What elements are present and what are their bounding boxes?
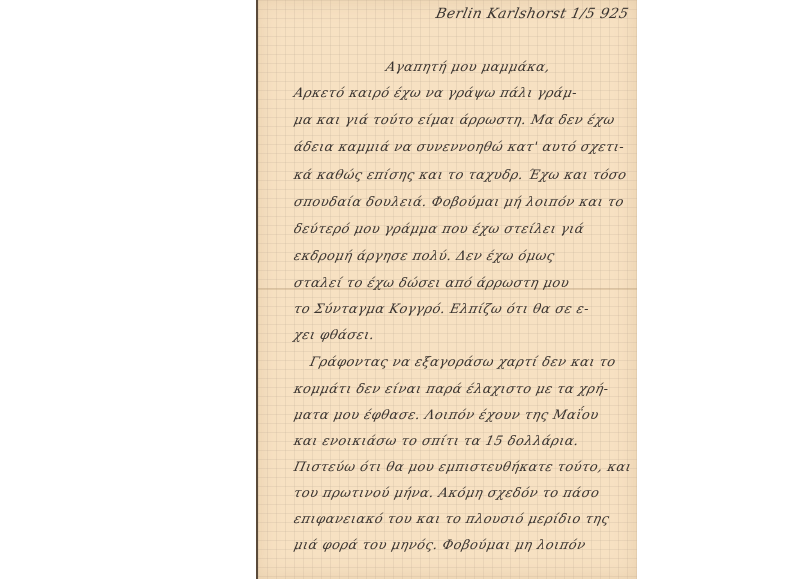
letter-line: του πρωτινού μήνα. Ακόμη σχεδόν το πάσο (292, 486, 600, 501)
letter-line: επιφανειακό του και το πλουσιό μερίδιο τ… (292, 512, 610, 527)
letter-line: σπουδαία δουλειά. Φοβούμαι μή λοιπόν και… (292, 195, 625, 210)
letter-line: δεύτερό μου γράμμα που έχω στείλει γιά (292, 222, 585, 237)
letter-line: Πιστεύω ότι θα μου εμπιστευθήκατε τούτο,… (292, 460, 632, 475)
letter-line: κομμάτι δεν είναι παρά έλαχιστο με τα χρ… (292, 382, 610, 397)
letter-line: κά καθώς επίσης και το ταχυδρ. Έχω και τ… (292, 168, 628, 183)
letter-line: ματα μου έφθασε. Λοιπόν έχουν της Μαΐου (292, 408, 600, 423)
letter-line: και ενοικιάσω το σπίτι τα 15 δολλάρια. (292, 434, 580, 449)
letter-line: άδεια καμμιά να συνεννοηθώ κατ' αυτό σχε… (292, 140, 625, 155)
letter-line: Αρκετό καιρό έχω να γράψω πάλι γράμ- (292, 86, 578, 101)
letter-line: μιά φορά του μηνός. Φοβούμαι μη λοιπόν (292, 538, 587, 553)
letter-page: Berlin Karlshorst 1/5 925 Αγαπητή μου μα… (256, 0, 637, 579)
salutation: Αγαπητή μου μαμμάκα, (384, 60, 551, 75)
letter-line: μα και γιά τούτο είμαι άρρωστη. Μα δεν έ… (292, 113, 616, 128)
letter-line: Γράφοντας να εξαγοράσω χαρτί δεν και το (308, 355, 617, 370)
dateline: Berlin Karlshorst 1/5 925 (434, 6, 630, 22)
letter-line: χει φθάσει. (292, 328, 376, 343)
letter-line: σταλεί το έχω δώσει από άρρωστη μου (292, 276, 570, 291)
letter-line: το Σύνταγμα Κογγρό. Ελπίζω ότι θα σε ε- (292, 302, 590, 317)
letter-line: εκδρομή άργησε πολύ. Δεν έχω όμως (292, 249, 556, 264)
